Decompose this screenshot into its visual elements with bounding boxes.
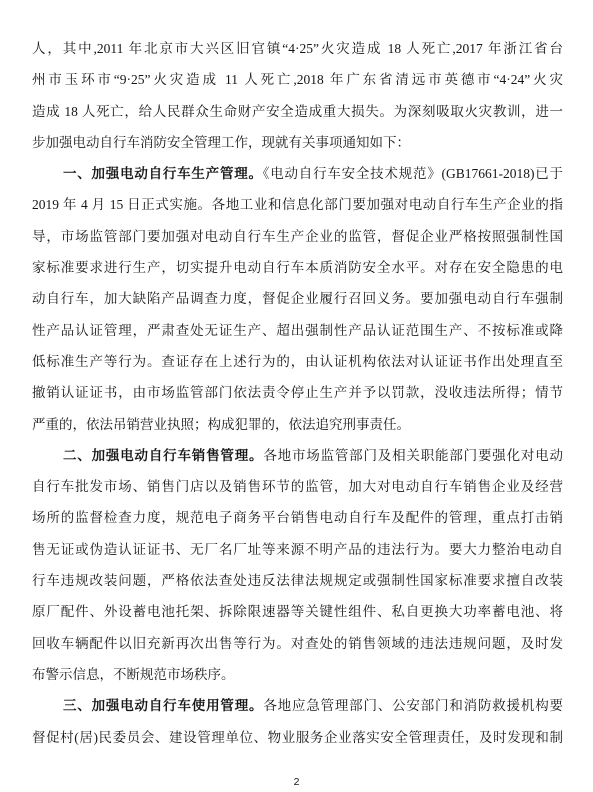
- text-line: 督促村(居)民委员会、建设管理单位、物业服务企业落实安全管理责任，及时发现和制: [32, 722, 563, 753]
- document-page: 人，其中,2011 年北京市大兴区旧官镇“4·25”火灾造成 18 人死亡,20…: [0, 0, 593, 792]
- text-line: 步加强电动自行车消防安全管理工作，现就有关事项通知如下：: [32, 127, 563, 158]
- text-line: 行车违规改装问题，严格依法查处违反法律法规规定或强制性国家标准要求擅自改装: [32, 565, 563, 596]
- text-line: 家标准要求进行生产，切实提升电动自行车本质消防安全水平。对存在安全隐患的电: [32, 252, 563, 283]
- section-3-heading-line: 三、加强电动自行车使用管理。各地应急管理部门、公安部门和消防救援机构要: [32, 690, 563, 721]
- text-line: 2019 年 4 月 15 日正式实施。各地工业和信息化部门要加强对电动自行车生…: [32, 189, 563, 220]
- section-3-heading: 三、加强电动自行车使用管理。: [63, 698, 263, 713]
- page-number: 2: [0, 775, 593, 789]
- text-line: 导，市场监管部门要加强对电动自行车生产企业的监管，督促企业严格按照强制性国: [32, 221, 563, 252]
- section-1-heading: 一、加强电动自行车生产管理。: [63, 166, 263, 181]
- text-line: 动自行车，加大缺陷产品调查力度，督促企业履行召回义务。要加强电动自行车强制: [32, 283, 563, 314]
- section-1-heading-line: 一、加强电动自行车生产管理。《电动自行车安全技术规范》(GB17661-2018…: [32, 158, 563, 189]
- text-line: 售无证或伪造认证证书、无厂名厂址等来源不明产品的违法行为。要大力整治电动自: [32, 534, 563, 565]
- text-line: 低标准生产等行为。查证存在上述行为的，由认证机构依法对认证证书作出处理直至: [32, 346, 563, 377]
- text-line: 回收车辆配件以旧充新再次出售等行为。对查处的销售领域的违法违规问题，及时发: [32, 628, 563, 659]
- text-line: 人，其中,2011 年北京市大兴区旧官镇“4·25”火灾造成 18 人死亡,20…: [32, 33, 563, 64]
- text-run: 各地市场监管部门及相关职能部门要强化对电动: [263, 448, 563, 463]
- text-line: 场所的监督检查力度，规范电子商务平台销售电动自行车及配件的管理，重点打击销: [32, 502, 563, 533]
- section-2-heading: 二、加强电动自行车销售管理。: [63, 448, 263, 463]
- text-line: 原厂配件、外设蓄电池托架、拆除限速器等关键性组件、私自更换大功率蓄电池、将: [32, 596, 563, 627]
- text-line: 撤销认证证书，由市场监管部门依法责令停止生产并予以罚款，没收违法所得；情节: [32, 377, 563, 408]
- text-line: 严重的，依法吊销营业执照；构成犯罪的，依法追究刑事责任。: [32, 409, 563, 440]
- section-2-heading-line: 二、加强电动自行车销售管理。各地市场监管部门及相关职能部门要强化对电动: [32, 440, 563, 471]
- text-run: 各地应急管理部门、公安部门和消防救援机构要: [263, 698, 563, 713]
- text-line: 造成 18 人死亡，给人民群众生命财产安全造成重大损失。为深刻吸取火灾教训，进一: [32, 96, 563, 127]
- text-run: 《电动自行车安全技术规范》(GB17661-2018)已于: [263, 166, 563, 181]
- text-line: 自行车批发市场、销售门店以及销售环节的监管，加大对电动自行车销售企业及经营: [32, 471, 563, 502]
- text-line: 布警示信息，不断规范市场秩序。: [32, 659, 563, 690]
- text-line: 州市玉环市“9·25”火灾造成 11 人死亡,2018 年广东省清远市英德市“4…: [32, 64, 563, 95]
- document-body: 人，其中,2011 年北京市大兴区旧官镇“4·25”火灾造成 18 人死亡,20…: [32, 33, 563, 753]
- text-line: 性产品认证管理，严肃查处无证生产、超出强制性产品认证范围生产、不按标准或降: [32, 315, 563, 346]
